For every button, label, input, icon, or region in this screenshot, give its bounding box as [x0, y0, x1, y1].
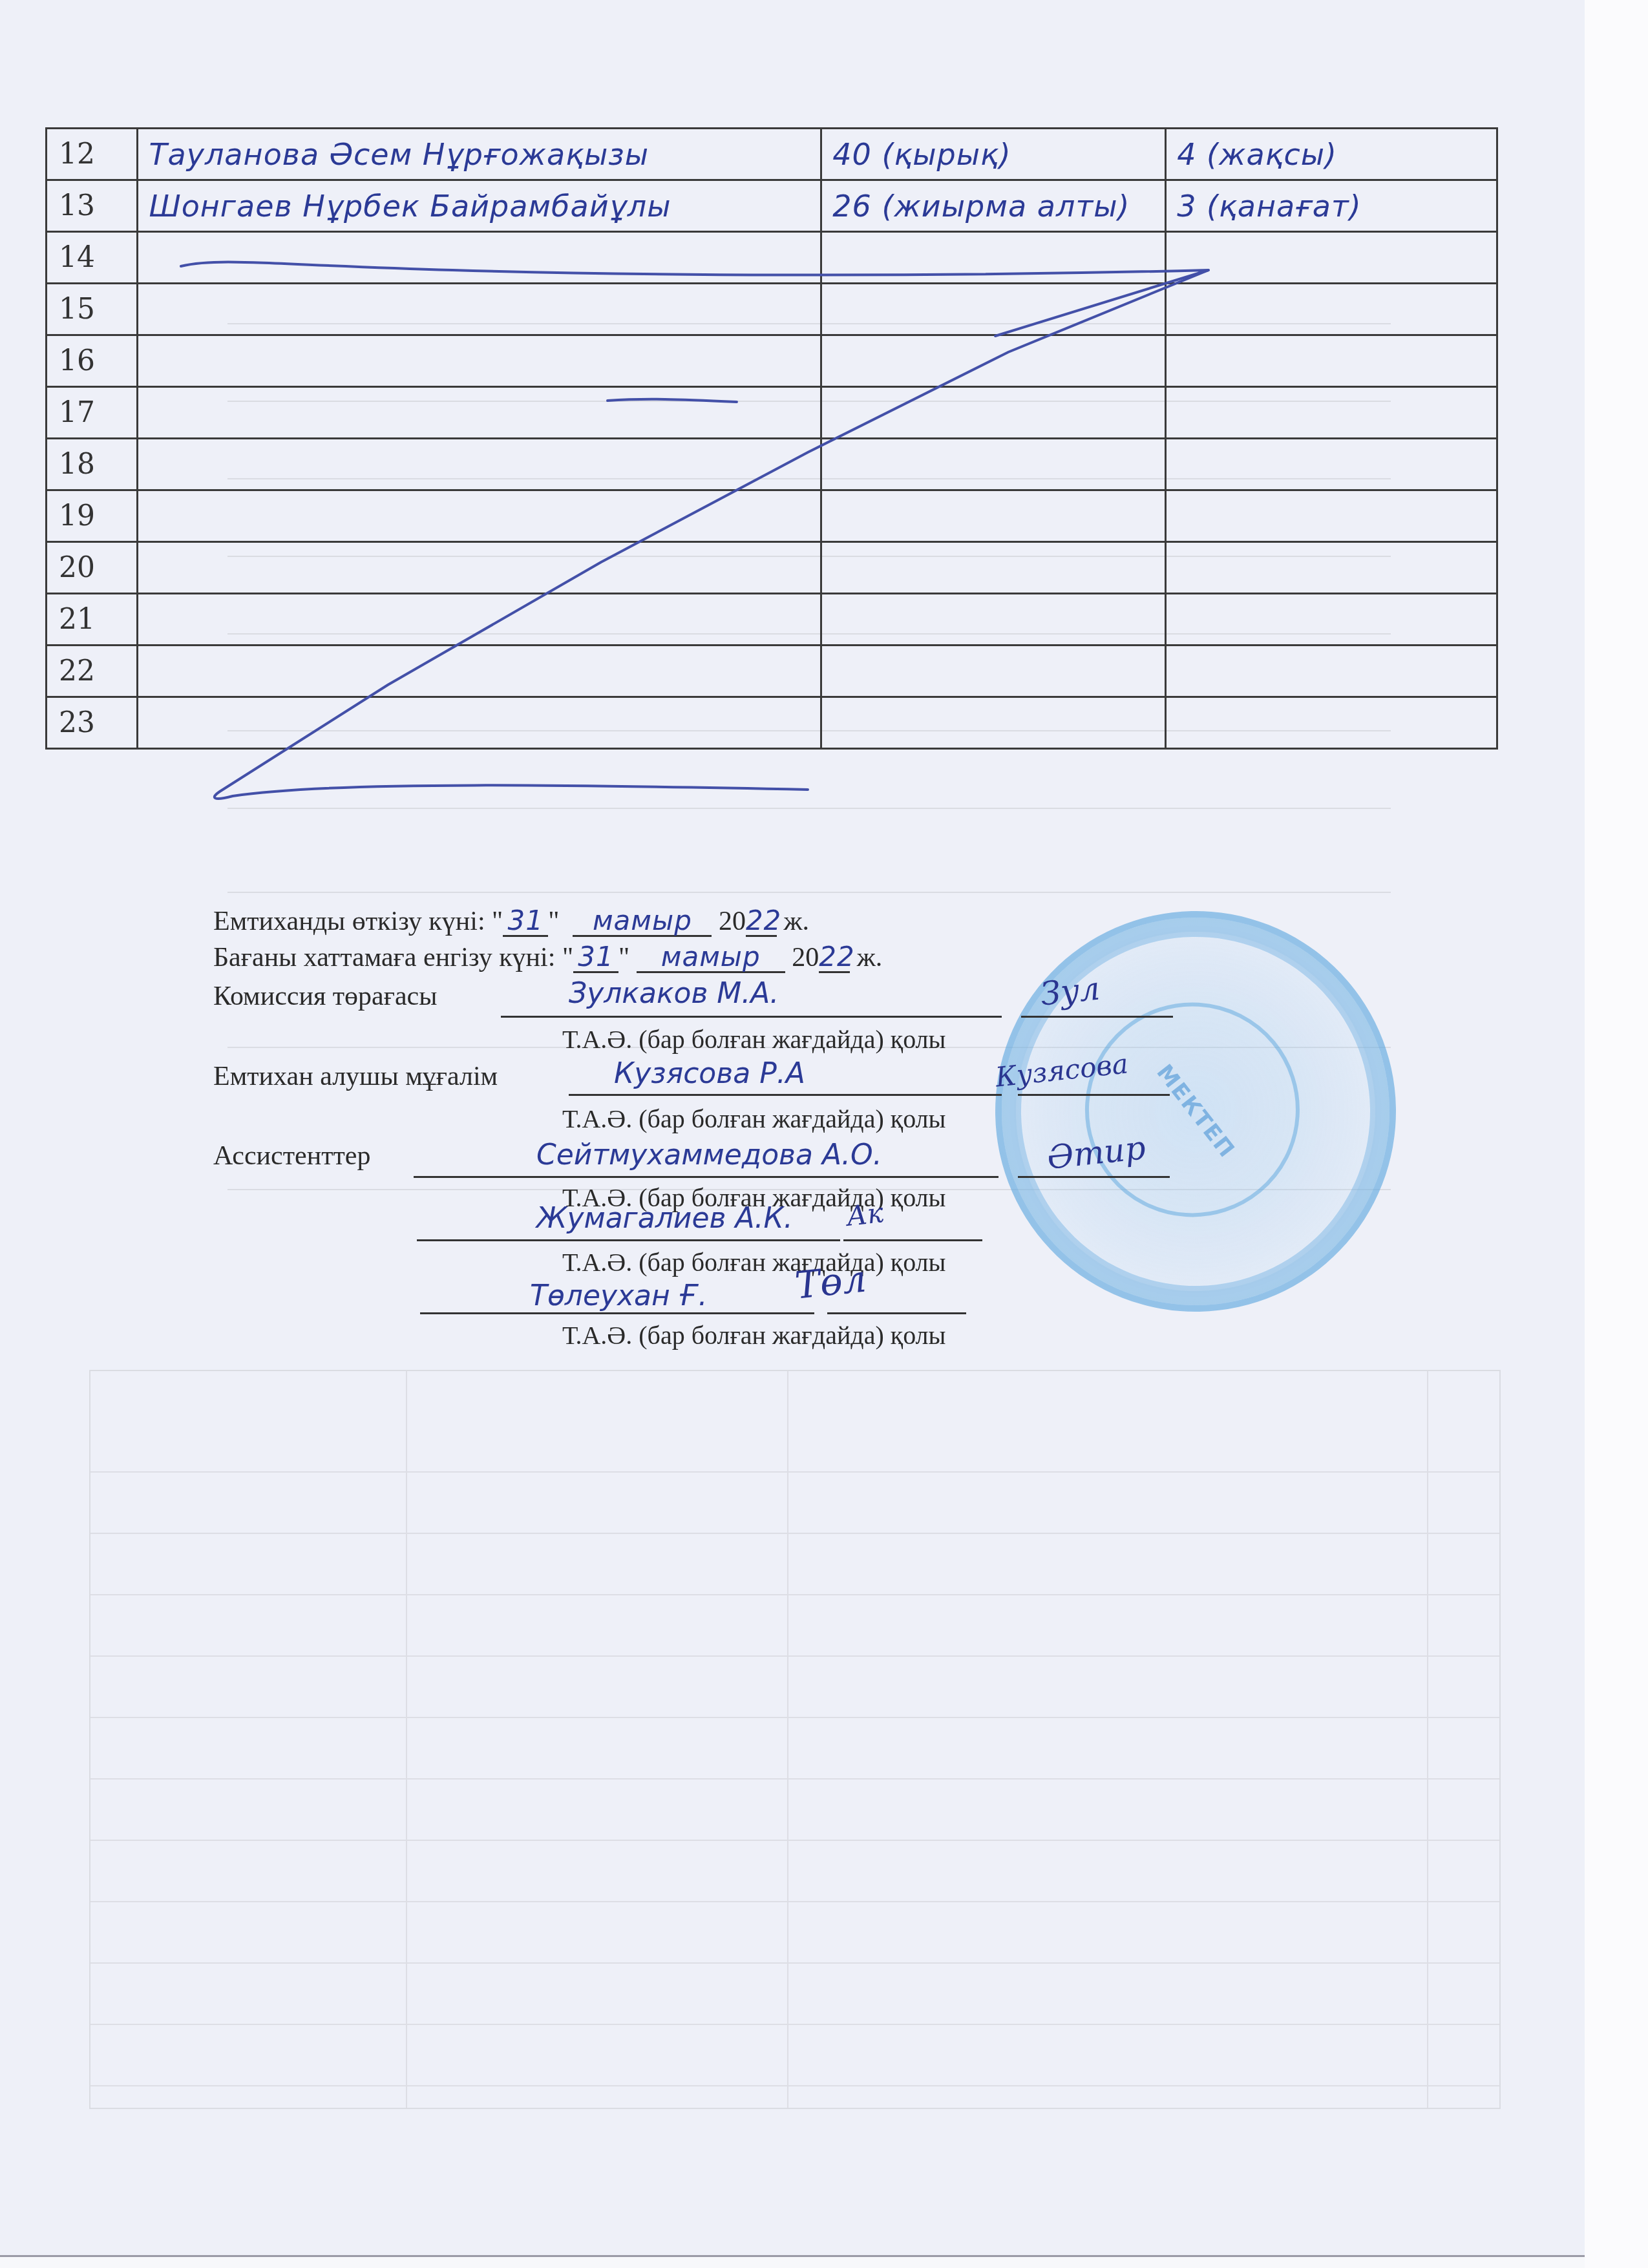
entry-date-year-prefix: 20 [792, 943, 819, 972]
grade-cell [1166, 490, 1497, 542]
row-number: 23 [47, 697, 138, 749]
student-name-text [138, 447, 149, 482]
score-cell [821, 542, 1166, 594]
student-name-text: Шонгаев Нұрбек Байрамбайұлы [138, 189, 671, 224]
table-row: 13Шонгаев Нұрбек Байрамбайұлы26 (жиырма … [47, 180, 1497, 232]
grades-table: 12Тауланова Әсем Нұрғожақызы40 (қырық)4 … [45, 127, 1498, 750]
student-name-cell [138, 697, 821, 749]
student-name-text [138, 499, 149, 534]
score-text [822, 499, 832, 534]
grade-cell [1166, 439, 1497, 490]
score-text [822, 551, 832, 585]
examiner-name-line [569, 1094, 1002, 1096]
grade-cell [1166, 387, 1497, 439]
student-name-text [138, 654, 149, 689]
assistant-2-name: Жумагалиев А.К. [536, 1202, 793, 1235]
student-name-cell [138, 232, 821, 284]
score-text [822, 654, 832, 689]
exam-date-year-suffix: 22 [746, 907, 777, 937]
examiner-caption: Т.А.Ә. (бар болған жағдайда) қолы [562, 1104, 945, 1134]
score-text [822, 602, 832, 637]
assistant-2-signature: Ак [845, 1197, 885, 1232]
row-number: 12 [47, 129, 138, 180]
exam-date-month: мамыр [573, 907, 712, 937]
score-text [822, 240, 832, 275]
student-name-cell [138, 490, 821, 542]
score-cell: 40 (қырық) [821, 129, 1166, 180]
row-number: 18 [47, 439, 138, 490]
assistant-3-name-line [420, 1312, 814, 1314]
grade-cell [1166, 284, 1497, 335]
entry-date-month: мамыр [637, 943, 785, 973]
student-name-cell [138, 646, 821, 697]
score-cell [821, 594, 1166, 646]
score-text [822, 292, 832, 327]
grade-cell: 4 (жақсы) [1166, 129, 1497, 180]
score-text [822, 447, 832, 482]
exam-date-suffix: ж. [783, 907, 809, 936]
entry-date-line: Бағаны хаттамаға енгізу күні: "31" мамыр… [213, 942, 882, 973]
grade-cell [1166, 335, 1497, 387]
chair-caption: Т.А.Ә. (бар болған жағдайда) қолы [562, 1024, 945, 1055]
exam-date-quote: " [548, 907, 559, 936]
score-cell [821, 490, 1166, 542]
student-name-text [138, 240, 149, 275]
student-name-text [138, 344, 149, 379]
assistant-2-caption: Т.А.Ә. (бар болған жағдайда) қолы [562, 1247, 945, 1277]
score-text: 40 (қырық) [822, 137, 1011, 172]
score-text [822, 344, 832, 379]
student-name-cell [138, 335, 821, 387]
assistant-3-signature-line [827, 1312, 966, 1314]
row-number: 17 [47, 387, 138, 439]
grade-text [1167, 292, 1177, 327]
grade-text [1167, 551, 1177, 585]
student-name-cell [138, 284, 821, 335]
row-number: 19 [47, 490, 138, 542]
table-row: 19 [47, 490, 1497, 542]
score-cell [821, 439, 1166, 490]
table-row: 12Тауланова Әсем Нұрғожақызы40 (қырық)4 … [47, 129, 1497, 180]
chair-label: Комиссия төрағасы [213, 981, 437, 1012]
score-cell [821, 284, 1166, 335]
row-number: 16 [47, 335, 138, 387]
chair-name: Зулкаков М.А. [569, 977, 779, 1010]
score-cell [821, 646, 1166, 697]
row-number: 22 [47, 646, 138, 697]
table-row: 16 [47, 335, 1497, 387]
score-cell: 26 (жиырма алты) [821, 180, 1166, 232]
row-number: 13 [47, 180, 138, 232]
row-number: 20 [47, 542, 138, 594]
grade-cell [1166, 697, 1497, 749]
exam-date-line: Емтиханды өткізу күні: "31" мамыр 2022 ж… [213, 906, 809, 937]
student-name-text [138, 395, 149, 430]
student-name-cell [138, 594, 821, 646]
table-row: 15 [47, 284, 1497, 335]
grade-cell [1166, 594, 1497, 646]
entry-date-quote: " [618, 943, 629, 972]
examiner-label: Емтихан алушы мұғалім [213, 1061, 498, 1092]
table-row: 14 [47, 232, 1497, 284]
row-number: 21 [47, 594, 138, 646]
student-name-text: Тауланова Әсем Нұрғожақызы [138, 137, 649, 172]
table-row: 17 [47, 387, 1497, 439]
grade-cell [1166, 542, 1497, 594]
exam-date-day: 31 [503, 907, 548, 937]
entry-date-year-suffix: 22 [819, 943, 850, 973]
row-number: 14 [47, 232, 138, 284]
grade-text: 4 (жақсы) [1167, 137, 1337, 172]
exam-date-year-prefix: 20 [719, 907, 746, 936]
entry-date-suffix: ж. [857, 943, 883, 972]
assistant-2-name-line [417, 1239, 840, 1241]
grade-text [1167, 499, 1177, 534]
student-name-cell: Тауланова Әсем Нұрғожақызы [138, 129, 821, 180]
student-name-cell: Шонгаев Нұрбек Байрамбайұлы [138, 180, 821, 232]
score-cell [821, 335, 1166, 387]
table-row: 18 [47, 439, 1497, 490]
scan-margin [1585, 0, 1648, 2268]
entry-date-day: 31 [573, 943, 618, 973]
assistants-label: Ассистенттер [213, 1140, 371, 1171]
score-text [822, 395, 832, 430]
grade-text [1167, 240, 1177, 275]
assistant-1-name: Сейтмухаммедова А.О. [536, 1139, 882, 1171]
grade-cell: 3 (қанағат) [1166, 180, 1497, 232]
exam-date-label: Емтиханды өткізу күні: " [213, 907, 503, 936]
grade-text [1167, 706, 1177, 740]
grade-text [1167, 395, 1177, 430]
grade-text [1167, 602, 1177, 637]
grade-text: 3 (қанағат) [1167, 189, 1362, 224]
table-row: 23 [47, 697, 1497, 749]
examiner-signature-line [1018, 1094, 1170, 1096]
chair-name-line [501, 1016, 1002, 1018]
grade-cell [1166, 646, 1497, 697]
score-cell [821, 387, 1166, 439]
score-text [822, 706, 832, 740]
score-cell [821, 232, 1166, 284]
table-row: 21 [47, 594, 1497, 646]
assistant-1-signature-line [1018, 1176, 1170, 1178]
grade-cell [1166, 232, 1497, 284]
entry-date-label: Бағаны хаттамаға енгізу күні: " [213, 943, 573, 972]
chair-signature: Зул [1039, 969, 1102, 1013]
student-name-text [138, 551, 149, 585]
score-cell [821, 697, 1166, 749]
examiner-name: Кузясова Р.А [614, 1057, 805, 1090]
assistant-3-caption: Т.А.Ә. (бар болған жағдайда) қолы [562, 1320, 945, 1350]
table-row: 22 [47, 646, 1497, 697]
assistant-3-signature: Төл [793, 1256, 869, 1307]
student-name-text [138, 706, 149, 740]
table-row: 20 [47, 542, 1497, 594]
student-name-text [138, 602, 149, 637]
row-number: 15 [47, 284, 138, 335]
student-name-cell [138, 439, 821, 490]
assistant-2-signature-line [843, 1239, 982, 1241]
grade-text [1167, 654, 1177, 689]
assistant-1-name-line [414, 1176, 998, 1178]
grade-text [1167, 344, 1177, 379]
grade-text [1167, 447, 1177, 482]
score-text: 26 (жиырма алты) [822, 189, 1130, 224]
assistant-3-name: Төлеухан Ғ. [530, 1279, 707, 1312]
student-name-text [138, 292, 149, 327]
student-name-cell [138, 387, 821, 439]
student-name-cell [138, 542, 821, 594]
chair-signature-line [1021, 1016, 1173, 1018]
